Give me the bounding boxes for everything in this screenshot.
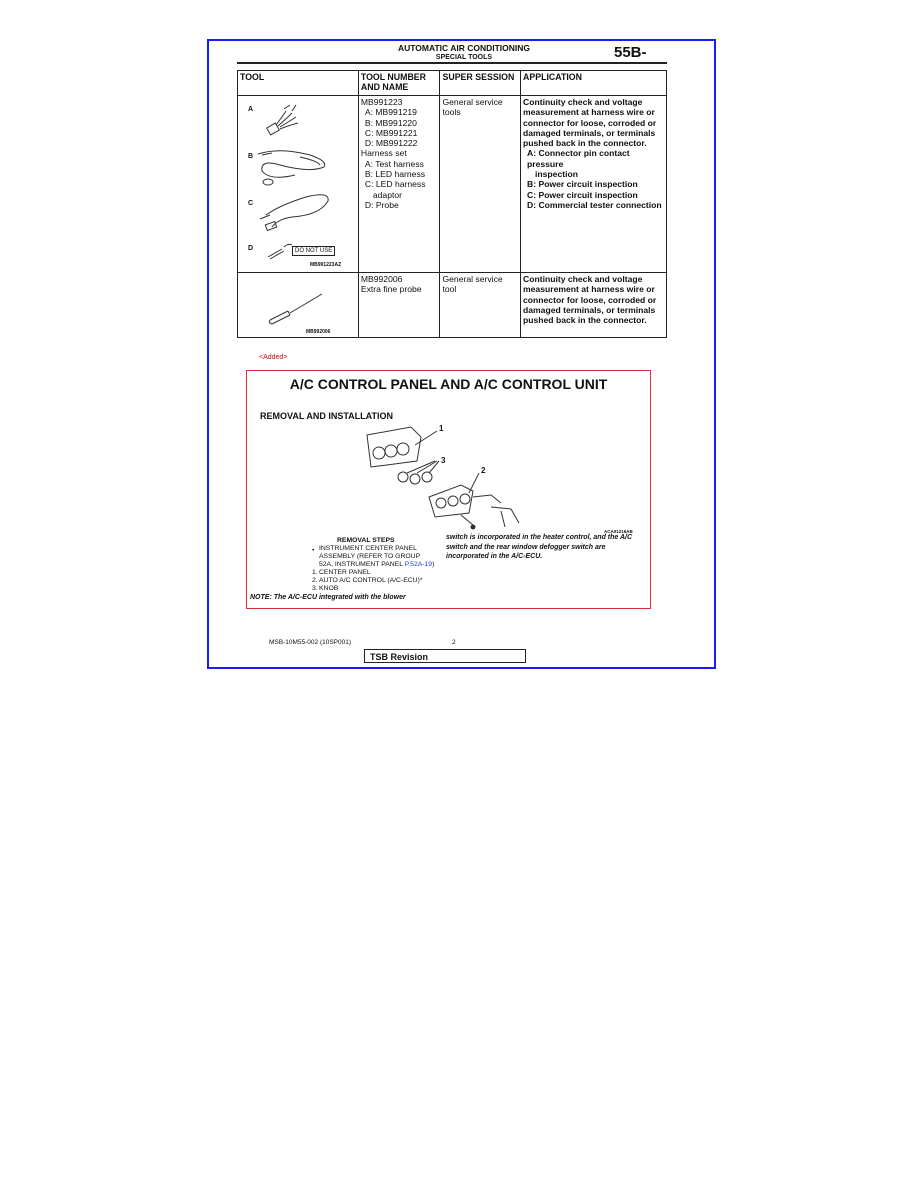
part-number: C: MB991221 (361, 128, 438, 138)
col-tool: TOOL (238, 71, 359, 96)
instrument-panel-link[interactable]: P.52A-19 (405, 561, 432, 568)
callout-1: 1 (439, 424, 444, 433)
added-marker: <Added> (259, 354, 287, 361)
removal-title: A/C CONTROL PANEL AND A/C CONTROL UNIT (247, 376, 650, 392)
step-text: CENTER PANEL (319, 569, 371, 577)
note-continuation: switch is incorporated in the heater con… (446, 533, 646, 562)
application-item: D: Commercial tester connection (523, 200, 664, 210)
tool-name: Harness set (361, 148, 438, 158)
step-text: KNOB (319, 585, 338, 593)
step-text: INSTRUMENT CENTER PANEL (319, 545, 417, 553)
bullet-icon: • (312, 547, 314, 555)
step-number: 1. (312, 569, 318, 577)
table-row: MB992006 MB992006 Extra fine probe Gener… (238, 273, 667, 338)
application-item: A: Connector pin contact pressure (523, 148, 664, 169)
section-title: AUTOMATIC AIR CONDITIONING (379, 43, 549, 53)
tsb-revision-label: TSB Revision (364, 649, 526, 663)
part-number: D: MB991222 (361, 138, 438, 148)
step-number: 2. (312, 577, 318, 585)
document-id: MSB-10M55-002 (10SP001) (269, 639, 351, 646)
col-tool-number: TOOL NUMBER AND NAME (358, 71, 440, 96)
document-page: AUTOMATIC AIR CONDITIONING SPECIAL TOOLS… (207, 39, 716, 669)
part-name: adaptor (361, 190, 438, 200)
application-text: Continuity check and voltage measurement… (523, 97, 664, 148)
tool-number: MB991223 (361, 97, 438, 107)
callout-2: 2 (481, 466, 486, 475)
table-header-row: TOOL TOOL NUMBER AND NAME SUPER SESSION … (238, 71, 667, 96)
removal-section: A/C CONTROL PANEL AND A/C CONTROL UNIT R… (246, 370, 651, 609)
probe-illustration: MB992006 (240, 274, 356, 336)
col-super-session: SUPER SESSION (440, 71, 521, 96)
tool-illustration-cell: A B C D (238, 96, 359, 273)
application-cell: Continuity check and voltage measurement… (521, 96, 667, 273)
step-number: 3. (312, 585, 318, 593)
part-name: C: LED harness (361, 179, 438, 189)
table-row: A B C D (238, 96, 667, 273)
control-panel-diagram-icon: 1 3 2 ACA01216AB (361, 423, 641, 535)
application-item: C: Power circuit inspection (523, 190, 664, 200)
tool-number-cell: MB991223 A: MB991219 B: MB991220 C: MB99… (358, 96, 440, 273)
application-item: inspection (523, 169, 664, 179)
tool-number-cell: MB992006 Extra fine probe (358, 273, 440, 338)
callout-3: 3 (441, 456, 446, 465)
step-text: 52A, INSTRUMENT PANEL P.52A-19) (319, 561, 434, 569)
part-number: A: MB991219 (361, 107, 438, 117)
special-tools-table: TOOL TOOL NUMBER AND NAME SUPER SESSION … (237, 70, 667, 338)
part-name: B: LED harness (361, 169, 438, 179)
step-text: ASSEMBLY (REFER TO GROUP (319, 553, 420, 561)
steps-heading: REMOVAL STEPS (337, 537, 395, 545)
step-text-part: ) (432, 561, 434, 568)
section-code: 55B- (614, 44, 647, 61)
do-not-use-label: DO NOT USE (292, 246, 335, 256)
figure-code: MB992006 (306, 327, 330, 337)
harness-drawings-icon (240, 97, 355, 271)
page-number: 2 (452, 639, 456, 646)
super-session-cell: General service tool (440, 273, 521, 338)
note-text: NOTE: The A/C-ECU integrated with the bl… (250, 594, 406, 601)
removal-subtitle: REMOVAL AND INSTALLATION (260, 411, 393, 421)
part-number: B: MB991220 (361, 118, 438, 128)
probe-drawing-icon (240, 274, 355, 336)
tool-name: Extra fine probe (361, 284, 438, 294)
application-cell: Continuity check and voltage measurement… (521, 273, 667, 338)
section-subtitle: SPECIAL TOOLS (379, 54, 549, 61)
step-text-part: 52A, INSTRUMENT PANEL (319, 561, 405, 568)
figure-code: MB991223AZ (310, 260, 341, 270)
header-rule (237, 62, 667, 64)
part-name: D: Probe (361, 200, 438, 210)
tool-illustration-cell: MB992006 (238, 273, 359, 338)
harness-set-illustration: A B C D (240, 97, 356, 271)
tool-number: MB992006 (361, 274, 438, 284)
application-item: B: Power circuit inspection (523, 179, 664, 189)
super-session-cell: General service tools (440, 96, 521, 273)
part-name: A: Test harness (361, 159, 438, 169)
col-application: APPLICATION (521, 71, 667, 96)
step-text: AUTO A/C CONTROL (A/C-ECU)* (319, 577, 422, 585)
